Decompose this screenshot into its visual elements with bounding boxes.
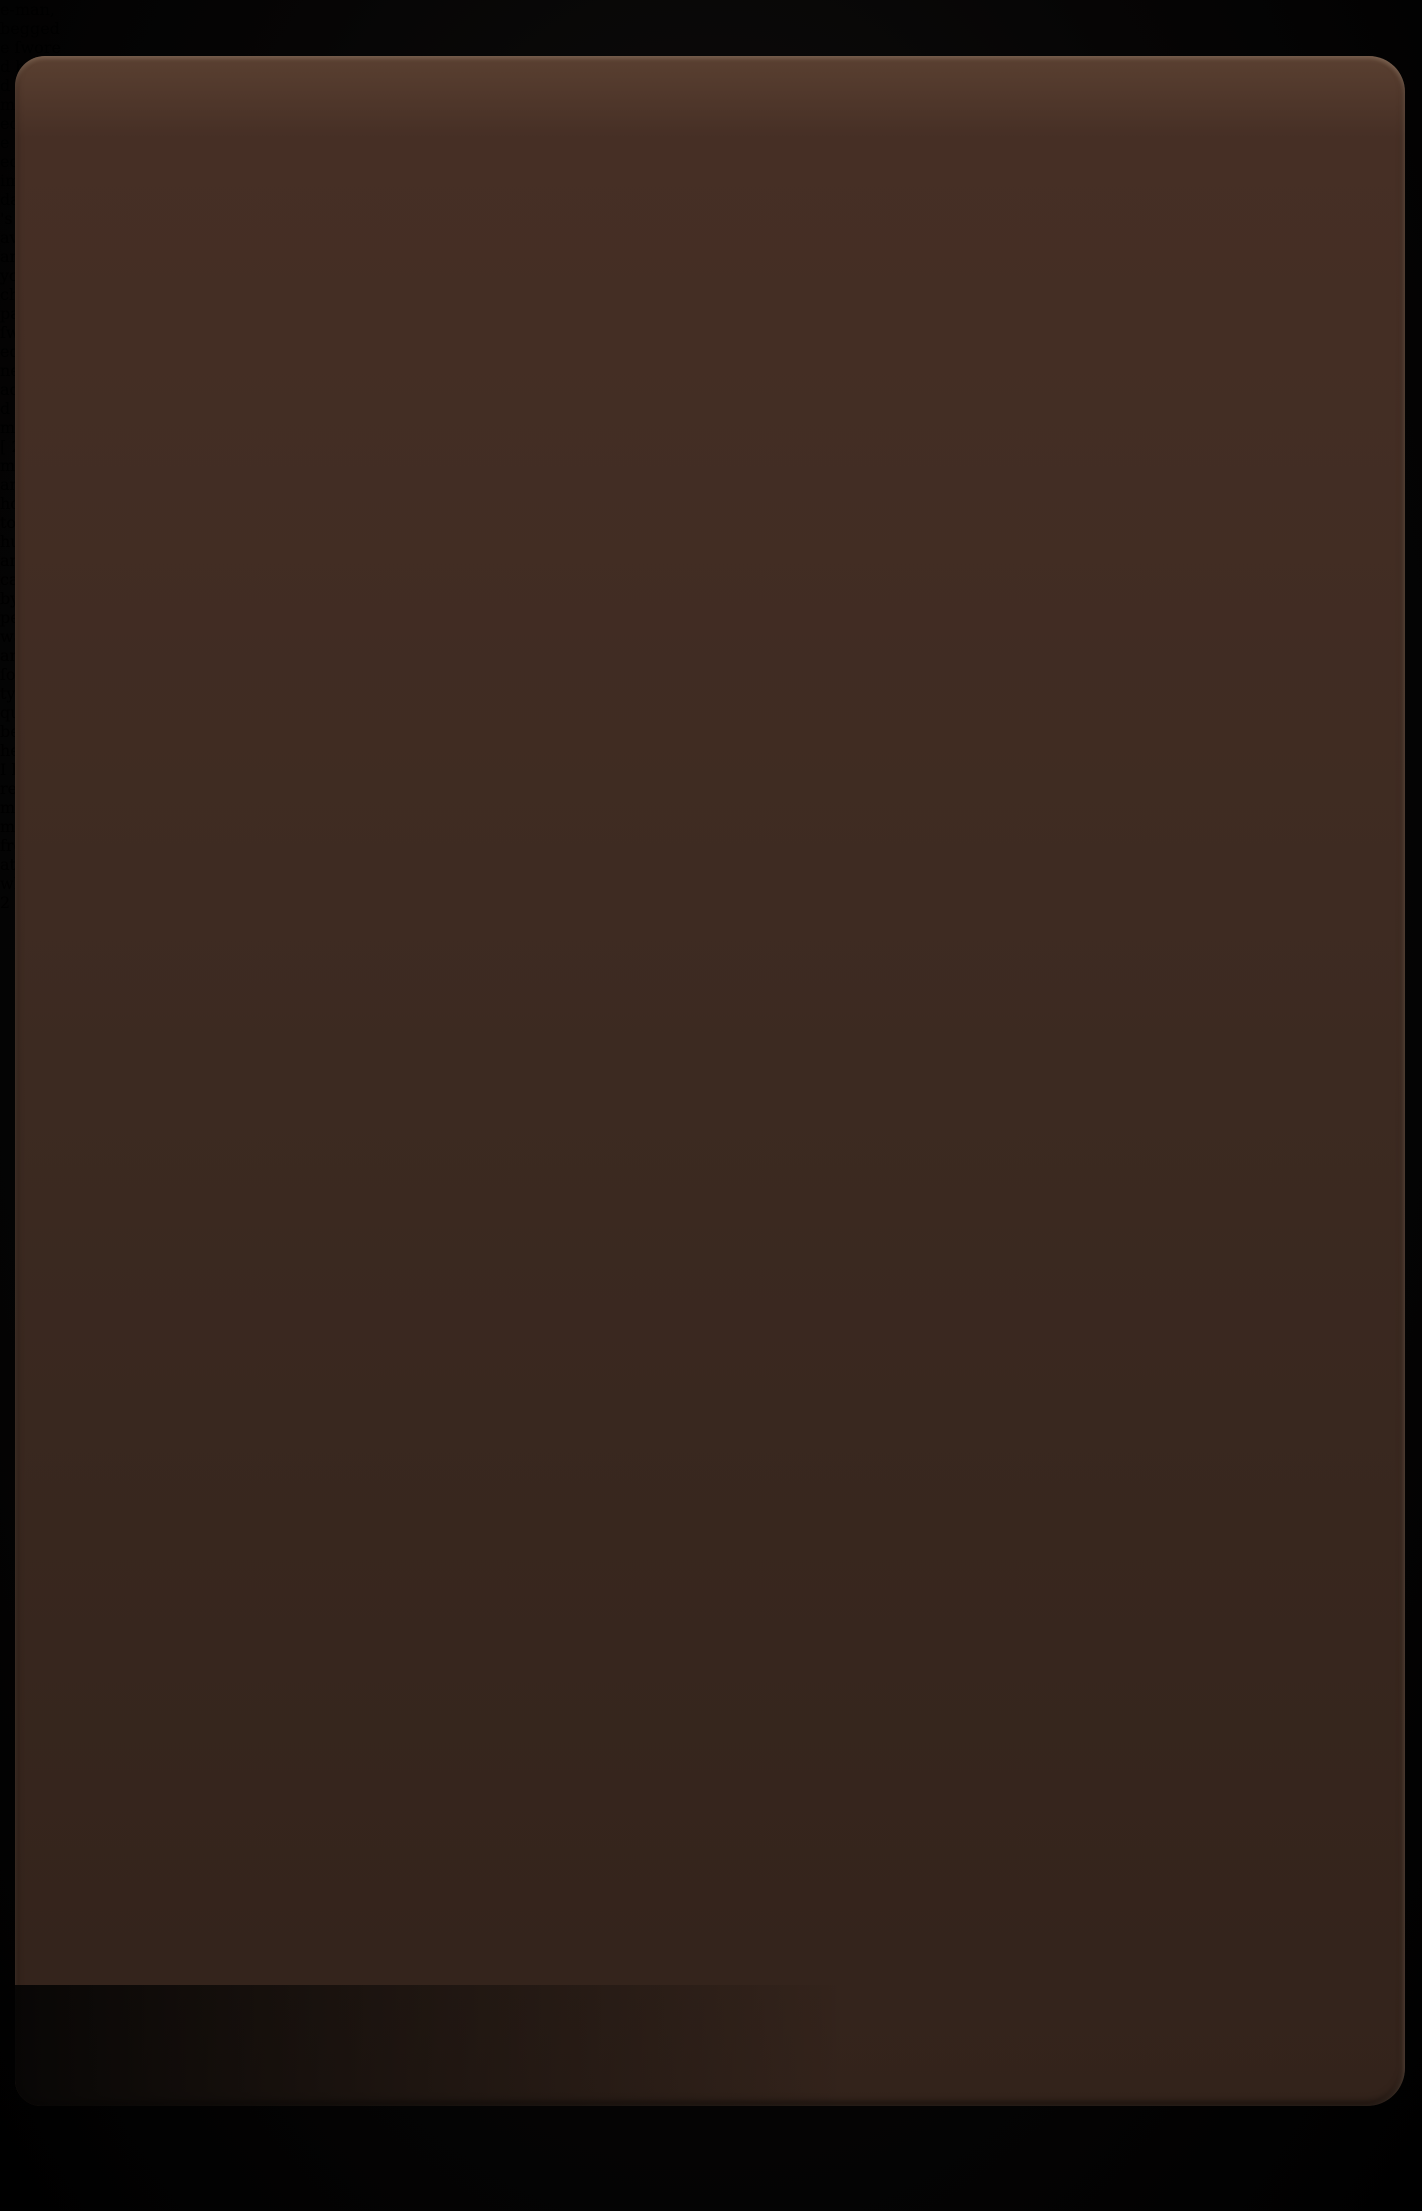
verso-fragment: e-man,	[0, 0, 1422, 19]
verso-fragment: begged	[0, 19, 1422, 38]
page-fore-edge	[1156, 116, 1252, 1996]
book-photo-scene: e-man, begged e ſwore d been d never m, …	[0, 0, 1422, 2211]
binding-shadow	[15, 1985, 1405, 2106]
verso-fragment: e ſwore	[0, 38, 1422, 57]
